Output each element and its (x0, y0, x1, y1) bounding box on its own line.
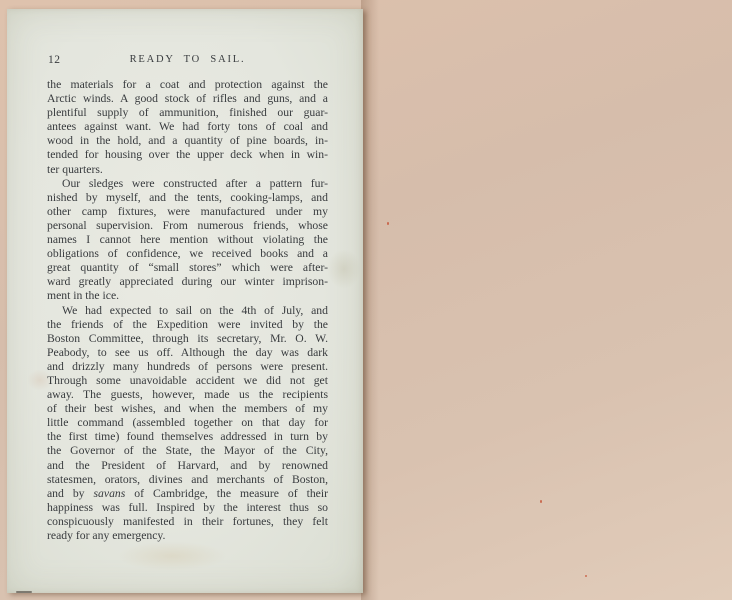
body-text: the materials for a coat and protection … (47, 78, 328, 543)
text-line: the friends of the Expedition were invit… (47, 318, 328, 332)
text-line: nished by myself, and the tents, cooking… (47, 191, 328, 205)
page-header: 12 READY TO SAIL. (47, 53, 328, 68)
text-line: Our sledges were constructed after a pat… (47, 177, 328, 191)
text-line: little command (assembled together on th… (47, 416, 328, 430)
text-line: ready for any emergency. (47, 529, 328, 543)
paragraph: the materials for a coat and protection … (47, 78, 328, 177)
text-line: conspicuously manifested in their fortun… (47, 515, 328, 529)
text-line: of their best wishes, and when the membe… (47, 402, 328, 416)
text-line: statesmen, orators, divines and merchant… (47, 473, 328, 487)
text-line: the Governor of the State, the Mayor of … (47, 444, 328, 458)
text-line: the materials for a coat and protection … (47, 78, 328, 92)
text-line: wood in the hold, and a quantity of pine… (47, 134, 328, 148)
text-line: obligations of confidence, we received b… (47, 247, 328, 261)
text-line: and drizzly many hundreds of persons wer… (47, 360, 328, 374)
page-content: 12 READY TO SAIL. the materials for a co… (47, 53, 328, 543)
text-line: antees against want. We had forty tons o… (47, 120, 328, 134)
paragraph: We had expected to sail on the 4th of Ju… (47, 304, 328, 544)
text-line: plentiful supply of ammunition, finished… (47, 106, 328, 120)
book-page: 12 READY TO SAIL. the materials for a co… (7, 9, 363, 593)
ink-speck (16, 591, 32, 593)
running-title: READY TO SAIL. (47, 53, 328, 67)
paragraph: Our sledges were constructed after a pat… (47, 177, 328, 304)
text-line: and by savans of Cambridge, the measure … (47, 487, 328, 501)
text-line: names I cannot here mention without viol… (47, 233, 328, 247)
text-line: away. The guests, however, made us the r… (47, 388, 328, 402)
text-line: other camp fixtures, were manufactured u… (47, 205, 328, 219)
paper-speck (540, 500, 542, 503)
text-line: Through some unavoidable accident we did… (47, 374, 328, 388)
text-line: the first time) found themselves address… (47, 430, 328, 444)
text-line: ment in the ice. (47, 289, 328, 303)
text-line: Boston Committee, through its secretary,… (47, 332, 328, 346)
text-line: happiness was full. Inspired by the inte… (47, 501, 328, 515)
text-line: Peabody, to see us off. Although the day… (47, 346, 328, 360)
text-line: Arctic winds. A good stock of rifles and… (47, 92, 328, 106)
text-line: We had expected to sail on the 4th of Ju… (47, 304, 328, 318)
paper-stain (117, 541, 227, 571)
text-line: ter quarters. (47, 163, 328, 177)
text-line: personal supervision. From numerous frie… (47, 219, 328, 233)
text-line: and the President of Harvard, and by ren… (47, 459, 328, 473)
paper-speck (387, 222, 389, 225)
text-line: great quantity of “small stores” which w… (47, 261, 328, 275)
scanned-book-spread: 12 READY TO SAIL. the materials for a co… (0, 0, 732, 600)
text-line: tended for housing over the upper deck w… (47, 148, 328, 162)
paper-speck (585, 575, 587, 577)
paper-stain (327, 249, 361, 289)
text-line: ward greatly appreciated during our wint… (47, 275, 328, 289)
page-number: 12 (48, 53, 61, 67)
page-edge-shadow (361, 0, 379, 600)
